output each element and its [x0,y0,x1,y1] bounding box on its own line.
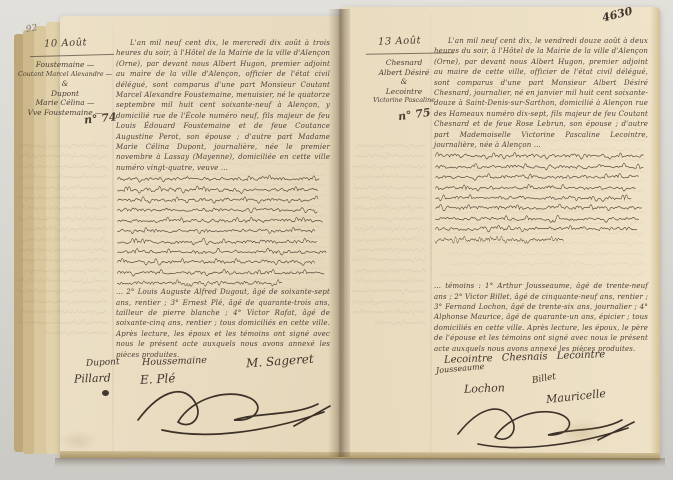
left-act-opening: L'an mil neuf cent dix, le mercredi dix … [116,38,330,173]
left-groom-names: Coutant Marcel Alexandre — [14,70,116,80]
illegible-handwriting-lines [116,173,330,287]
left-signature-block: Dupont Houssemaine M. Sageret Pillard E.… [70,356,332,448]
right-margin-date: 13 Août [378,35,421,47]
left-groom-surname: Foustemaine — [14,60,116,70]
ink-bleedthrough [16,140,108,337]
book-shadow [55,458,665,467]
officiant-signature-flourish [128,380,338,442]
left-act-body: L'an mil neuf cent dix, le mercredi dix … [116,38,330,360]
ampersand-mark: & [14,79,116,89]
left-bride-surname: Dupont [14,89,116,99]
right-act-body: L'an mil neuf cent dix, le vendredi douz… [434,36,648,354]
officiant-signature-flourish [450,400,640,452]
ink-blot [102,390,109,396]
ink-bleedthrough [350,140,426,327]
illegible-handwriting-lines [434,150,648,281]
signature: Jousseaume [436,362,485,375]
left-bride-names: Marie Célina — [14,98,116,108]
gutter-crease [342,10,344,456]
left-corner-mark: 92 [25,23,38,35]
signature: Houssemaine [142,355,207,368]
left-margin-parties: Foustemaine — Coutant Marcel Alexandre —… [14,60,116,117]
paper-stain [58,430,98,452]
signature: Billet [531,372,557,386]
signature: Dupont [86,357,120,369]
right-act-closing: … témoins : 1° Arthur Jousseaume, âgé de… [434,281,648,354]
left-margin-date: 10 Août [44,37,87,49]
right-signature-block: Lecointre Chesnais Lecointre Jousseaume … [436,352,658,452]
signature: Pillard [74,371,111,385]
left-act-closing: … 2° Louis Auguste Alfred Dugout, âgé de… [116,287,330,360]
paper-stain [556,418,608,448]
register-photo: 92 10 Août Foustemaine — Coutant Marcel … [0,0,673,480]
right-act-opening: L'an mil neuf cent dix, le vendredi douz… [434,36,648,150]
signature: Lochon [464,381,505,395]
